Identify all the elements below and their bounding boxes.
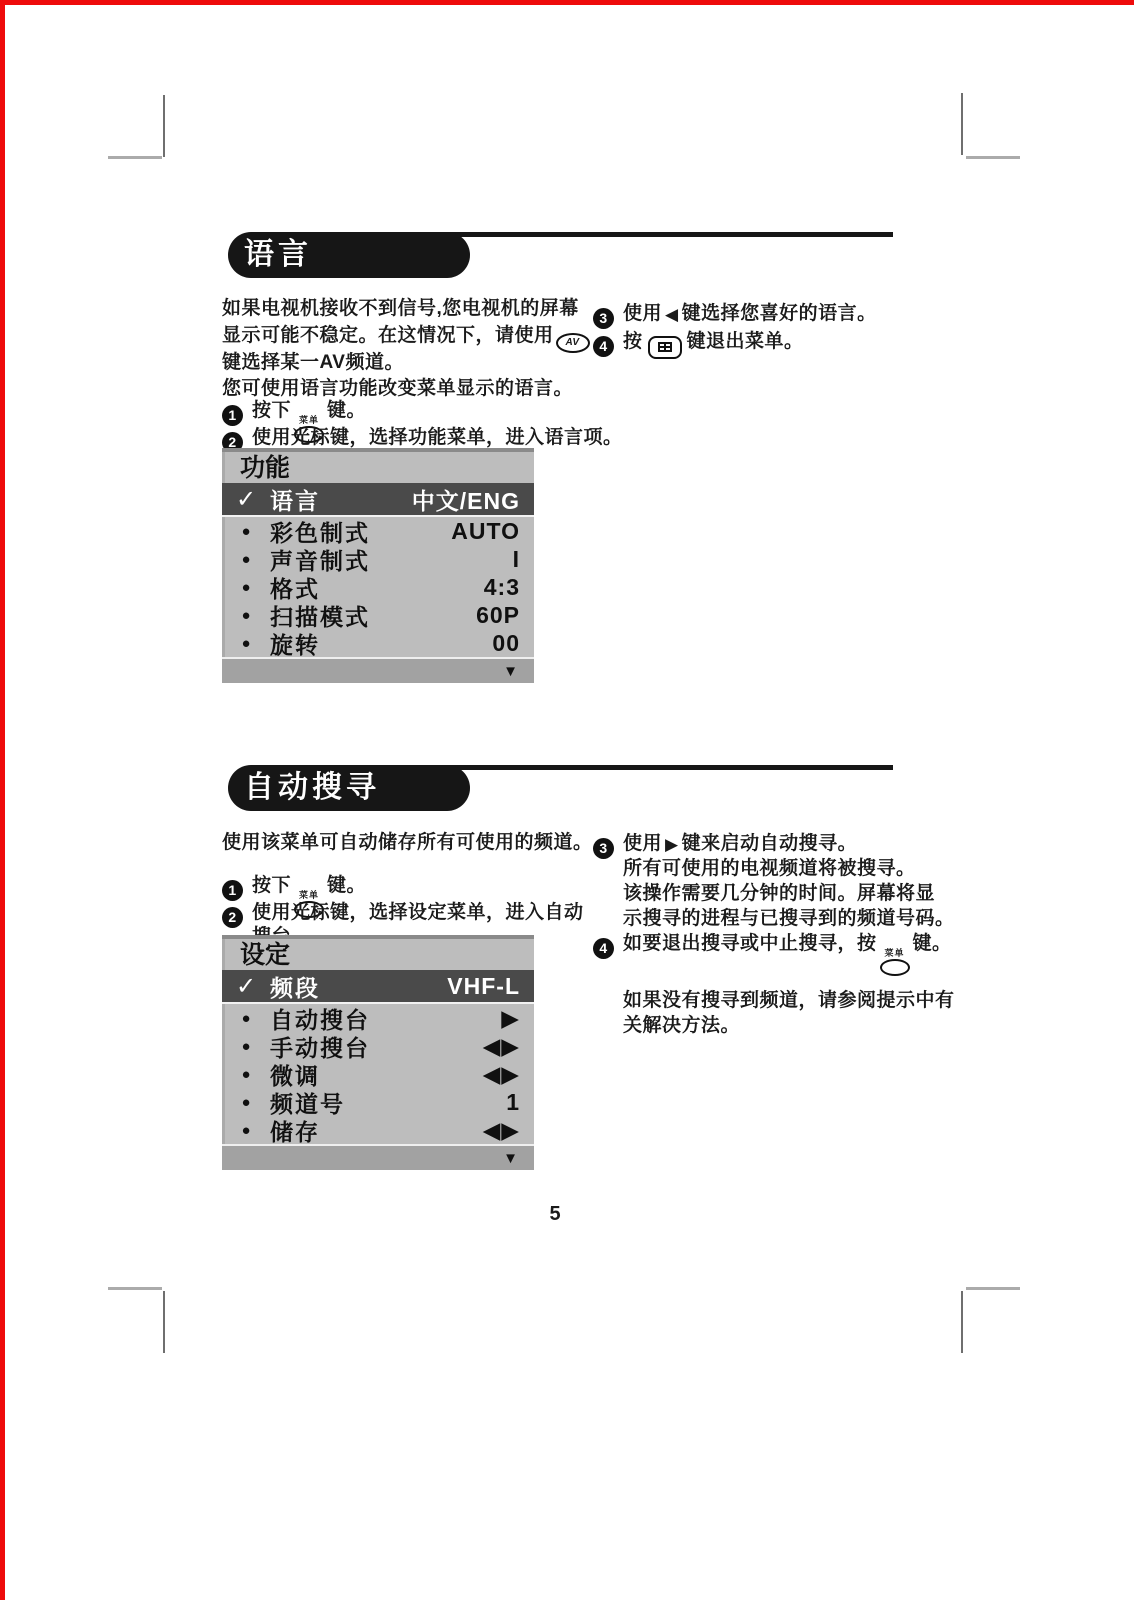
step-number-badge: 2 xyxy=(222,907,243,928)
osd-menu-setup: 设定 ✓ 频段 VHF-L ● 自动搜台 ▶ ● 手动搜台 ◀▶ ● 微调 ◀▶… xyxy=(222,935,534,1170)
bullet-icon: ● xyxy=(222,1122,270,1139)
section1-step3-text: 使用 xyxy=(623,303,662,324)
bullet-icon: ● xyxy=(222,635,270,652)
section2-para1: 使用该菜单可自动储存所有可使用的频道。 xyxy=(222,827,593,854)
section2-step3-line4: 示搜寻的进程与已搜寻到的频道号码。 xyxy=(623,903,955,930)
crop-mark-bottom-right-v xyxy=(961,1291,963,1353)
right-arrow-icon: ▶ xyxy=(501,1005,520,1032)
bullet-icon: ● xyxy=(222,579,270,596)
osd-row-selected: ✓ 频段 VHF-L xyxy=(222,970,534,1004)
osd-row: ● 彩色制式 AUTO xyxy=(222,517,534,545)
crop-mark-bottom-left-v xyxy=(163,1291,165,1353)
osd-row-value: AUTO xyxy=(451,518,520,545)
osd-row-label: 频段 xyxy=(270,970,447,1003)
osd-row-value: 00 xyxy=(492,630,520,657)
left-arrow-icon: ◀ xyxy=(662,305,682,324)
section2-title: 自动搜寻 xyxy=(228,765,470,811)
section2-step3-text2: 键来启动自动搜寻。 xyxy=(682,833,858,854)
osd-row-label: 语言 xyxy=(270,483,412,516)
section2-note-line2: 关解决方法。 xyxy=(623,1010,740,1037)
down-arrow-icon: ▼ xyxy=(503,663,518,680)
osd-row-value: VHF-L xyxy=(447,973,520,1000)
section1-step4-text2: 键退出菜单。 xyxy=(687,331,804,352)
osd-row-value: I xyxy=(513,546,520,573)
step-number-badge: 3 xyxy=(593,838,614,859)
osd-row: ● 扫描模式 60P xyxy=(222,601,534,629)
osd-row: ● 微调 ◀▶ xyxy=(222,1060,534,1088)
bullet-icon: ● xyxy=(222,1038,270,1055)
bullet-icon: ● xyxy=(222,607,270,624)
section1-para1-line2-text: 显示可能不稳定。在这情况下，请使用 xyxy=(222,325,554,346)
osd-menu-title: 功能 xyxy=(222,452,534,483)
step-number-badge: 4 xyxy=(593,938,614,959)
section1-title: 语言 xyxy=(228,232,470,278)
osd-menu-function: 功能 ✓ 语言 中文/ENG ● 彩色制式 AUTO ● 声音制式 I ● 格式… xyxy=(222,448,534,683)
screen-grid-glyph xyxy=(658,342,672,352)
menu-key-label: 菜单 xyxy=(885,949,905,958)
step-number-badge: 4 xyxy=(593,336,614,357)
red-left-edge xyxy=(0,0,5,1600)
osd-footer: ▼ xyxy=(222,1144,534,1170)
osd-row-label: 储存 xyxy=(270,1114,483,1147)
section2-step4-text2: 键。 xyxy=(913,933,952,954)
menu-key-oval xyxy=(880,959,910,976)
bullet-icon: ● xyxy=(222,551,270,568)
crop-mark-top-left-v xyxy=(163,95,165,157)
osd-menu-title: 设定 xyxy=(222,939,534,970)
osd-row-value: 60P xyxy=(476,602,520,629)
osd-row: ● 格式 4:3 xyxy=(222,573,534,601)
osd-row-value: 中文/ENG xyxy=(412,483,520,516)
osd-row-value: 4:3 xyxy=(484,574,520,601)
section1-para1-line1: 如果电视机接收不到信号,您电视机的屏幕 xyxy=(222,293,579,320)
bullet-icon: ● xyxy=(222,1066,270,1083)
osd-row-label: 旋转 xyxy=(270,627,492,660)
menu-key-icon: 菜单 xyxy=(880,949,910,976)
section2-step2-text: 使用光标键，选择设定菜单，进入自动 xyxy=(252,902,584,923)
section1-para1-line3: 键选择某一AV频道。 xyxy=(222,347,404,374)
crop-mark-top-right-v xyxy=(961,93,963,155)
left-right-arrows-icon: ◀▶ xyxy=(483,1117,520,1144)
bullet-icon: ● xyxy=(222,523,270,540)
section2-step1-text2: 键。 xyxy=(327,875,366,896)
down-arrow-icon: ▼ xyxy=(503,1150,518,1167)
section2-step1-text: 按下 xyxy=(252,875,291,896)
check-icon: ✓ xyxy=(222,972,270,1001)
right-arrow-icon: ▶ xyxy=(662,835,682,854)
bullet-icon: ● xyxy=(222,1094,270,1111)
osd-row: ● 手动搜台 ◀▶ xyxy=(222,1032,534,1060)
section2-step4: 4如要退出搜寻或中止搜寻，按菜单键。 xyxy=(593,928,952,976)
crop-mark-bottom-left-h xyxy=(108,1287,162,1290)
manual-page: 语言 如果电视机接收不到信号,您电视机的屏幕 显示可能不稳定。在这情况下，请使用… xyxy=(0,0,1134,1600)
av-key-icon: AV xyxy=(556,333,590,353)
check-icon: ✓ xyxy=(222,485,270,514)
section1-step2-text: 使用光标键，选择功能菜单，进入语言项。 xyxy=(252,427,623,448)
section1-step1-text: 按下 xyxy=(252,400,291,421)
section2-note-line1: 如果没有搜寻到频道，请参阅提示中有 xyxy=(623,985,955,1012)
page-number: 5 xyxy=(535,1203,575,1226)
section1-step3: 3使用◀键选择您喜好的语言。 xyxy=(593,298,877,329)
section1-step4: 4按键退出菜单。 xyxy=(593,326,804,359)
osd-row: ● 声音制式 I xyxy=(222,545,534,573)
red-top-edge xyxy=(0,0,1134,5)
section2-step3-text: 使用 xyxy=(623,833,662,854)
bullet-icon: ● xyxy=(222,1010,270,1027)
section1-step3-text2: 键选择您喜好的语言。 xyxy=(682,303,877,324)
crop-mark-bottom-right-h xyxy=(966,1287,1020,1290)
osd-row-selected: ✓ 语言 中文/ENG xyxy=(222,483,534,517)
osd-row: ● 频道号 1 xyxy=(222,1088,534,1116)
left-right-arrows-icon: ◀▶ xyxy=(483,1033,520,1060)
osd-row: ● 储存 ◀▶ xyxy=(222,1116,534,1144)
section2-step3-line3: 该操作需要几分钟的时间。屏幕将显 xyxy=(623,878,935,905)
section1-step4-text: 按 xyxy=(623,331,643,352)
exit-menu-key-icon xyxy=(648,336,682,359)
osd-row-value: 1 xyxy=(506,1089,520,1116)
osd-row: ● 旋转 00 xyxy=(222,629,534,657)
section1-step1-text2: 键。 xyxy=(327,400,366,421)
section2-step4-text: 如要退出搜寻或中止搜寻，按 xyxy=(623,933,877,954)
osd-footer: ▼ xyxy=(222,657,534,683)
crop-mark-top-right-h xyxy=(966,156,1020,159)
left-right-arrows-icon: ◀▶ xyxy=(483,1061,520,1088)
section2-step3-line2: 所有可使用的电视频道将被搜寻。 xyxy=(623,853,916,880)
crop-mark-top-left-h xyxy=(108,156,162,159)
osd-row: ● 自动搜台 ▶ xyxy=(222,1004,534,1032)
